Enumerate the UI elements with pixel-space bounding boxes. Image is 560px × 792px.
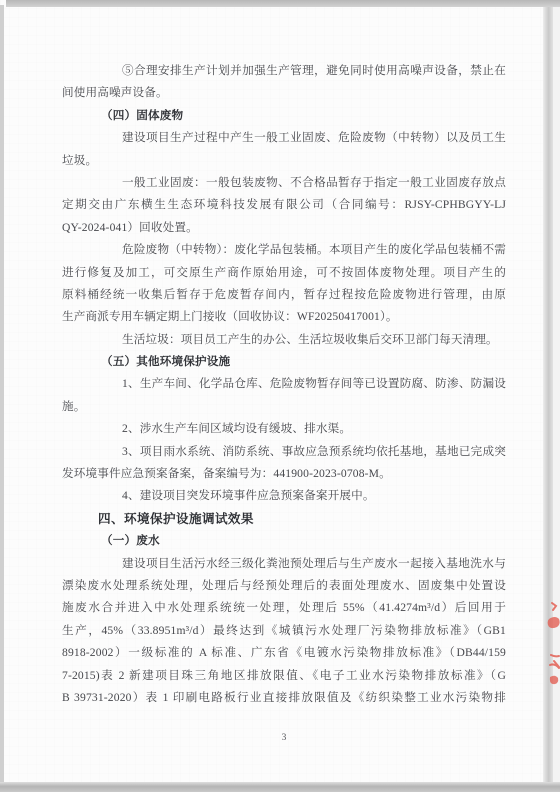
text-line: 建设项目生产过程中产生一般工业固废、危险废物（中转物）以及员工生活 — [62, 127, 506, 149]
text-line: 建设项目生活污水经三级化粪池预处理后与生产废水一起接入基地洗水与 — [62, 553, 506, 575]
document-body: ⑤合理安排生产计划并加强生产管理，避免同时使用高噪声设备，禁止在夜间使用高噪声设… — [62, 60, 506, 709]
heading-line: （一）废水 — [62, 530, 506, 552]
text-line: 1、生产车间、化学品仓库、危险废物暂存间等已设置防腐、防渗、防漏设 — [62, 373, 506, 395]
text-line: B 39731-2020）表 1 印刷电路板行业直接排放限值及《纺织染整工业水污… — [62, 687, 506, 709]
heading-line: 四、环境保护设施调试效果 — [62, 508, 506, 530]
text-line: 施。 — [62, 396, 506, 418]
text-line: 垃圾。 — [62, 150, 506, 172]
page-number: 3 — [62, 733, 506, 743]
scanned-document-page: ⑤合理安排生产计划并加强生产管理，避免同时使用高噪声设备，禁止在夜间使用高噪声设… — [0, 0, 560, 792]
scan-edge-bottom — [0, 782, 560, 792]
text-line: 生产，45%（33.8951m³/d）最终达到《城镇污水处理厂污染物排放标准》（… — [62, 620, 506, 642]
heading-line: （四）固体废物 — [62, 105, 506, 127]
scan-edge-top — [6, 0, 560, 7]
text-line: 漂染废水处理系统处理，处理后与经预处理后的表面处理废水、固废集中处置设 — [62, 575, 506, 597]
scan-edge-left — [0, 5, 4, 783]
heading-line: （五）其他环境保护设施 — [62, 351, 506, 373]
text-line: QY-2024-041）回收处置。 — [62, 217, 506, 239]
text-line: 生活垃圾：项目员工产生的办公、生活垃圾收集后交环卫部门每天清理。 — [62, 329, 506, 351]
text-line: 7-2015)表 2 新建项目珠三角地区排放限值、《电子工业水污染物排放标准》（… — [62, 665, 506, 687]
text-line: 一般工业固废：一般包装废物、不合格品暂存于指定一般工业固废存放点并 — [62, 172, 506, 194]
text-line: 原料桶经统一收集后暂存于危废暂存间内，暂存过程按危险废物进行管理，由原 — [62, 284, 506, 306]
text-line: 施废水合并进入中水处理系统统一处理，处理后 55%（41.4274m³/d）后回… — [62, 597, 506, 619]
red-ink-marks — [542, 595, 560, 695]
text-line: 3、项目雨水系统、消防系统、事故应急预系统均依托基地，基地已完成突 — [62, 441, 506, 463]
text-line: 间使用高噪声设备。 — [62, 82, 506, 104]
text-line: 生产商派专用车辆定期上门接收（回收协议：WF20250417001）。 — [62, 306, 506, 328]
text-line: 发环境事件应急预案备案，备案编号为：441900-2023-0708-M。 — [62, 463, 506, 485]
text-line: 8918-2002）一级标准的 A 标准、广东省《电镀水污染物排放标准》（DB4… — [62, 642, 506, 664]
text-line: 2、涉水生产车间区域均设有缓坡、排水渠。 — [62, 418, 506, 440]
text-line: 4、建设项目突发环境事件应急预案备案开展中。 — [62, 485, 506, 507]
text-line: ⑤合理安排生产计划并加强生产管理，避免同时使用高噪声设备，禁止在夜 — [62, 60, 506, 82]
text-line: 进行修复及加工，可交原生产商作原始用途，可不按固体废物处理。项目产生的 — [62, 262, 506, 284]
text-line: 危险废物（中转物）：废化学品包装桶。本项目产生的废化学品包装桶不需 — [62, 239, 506, 261]
text-line: 定期交由广东横生生态环境科技发展有限公司（合同编号：RJSY-CPHBGYY-L… — [62, 194, 506, 216]
